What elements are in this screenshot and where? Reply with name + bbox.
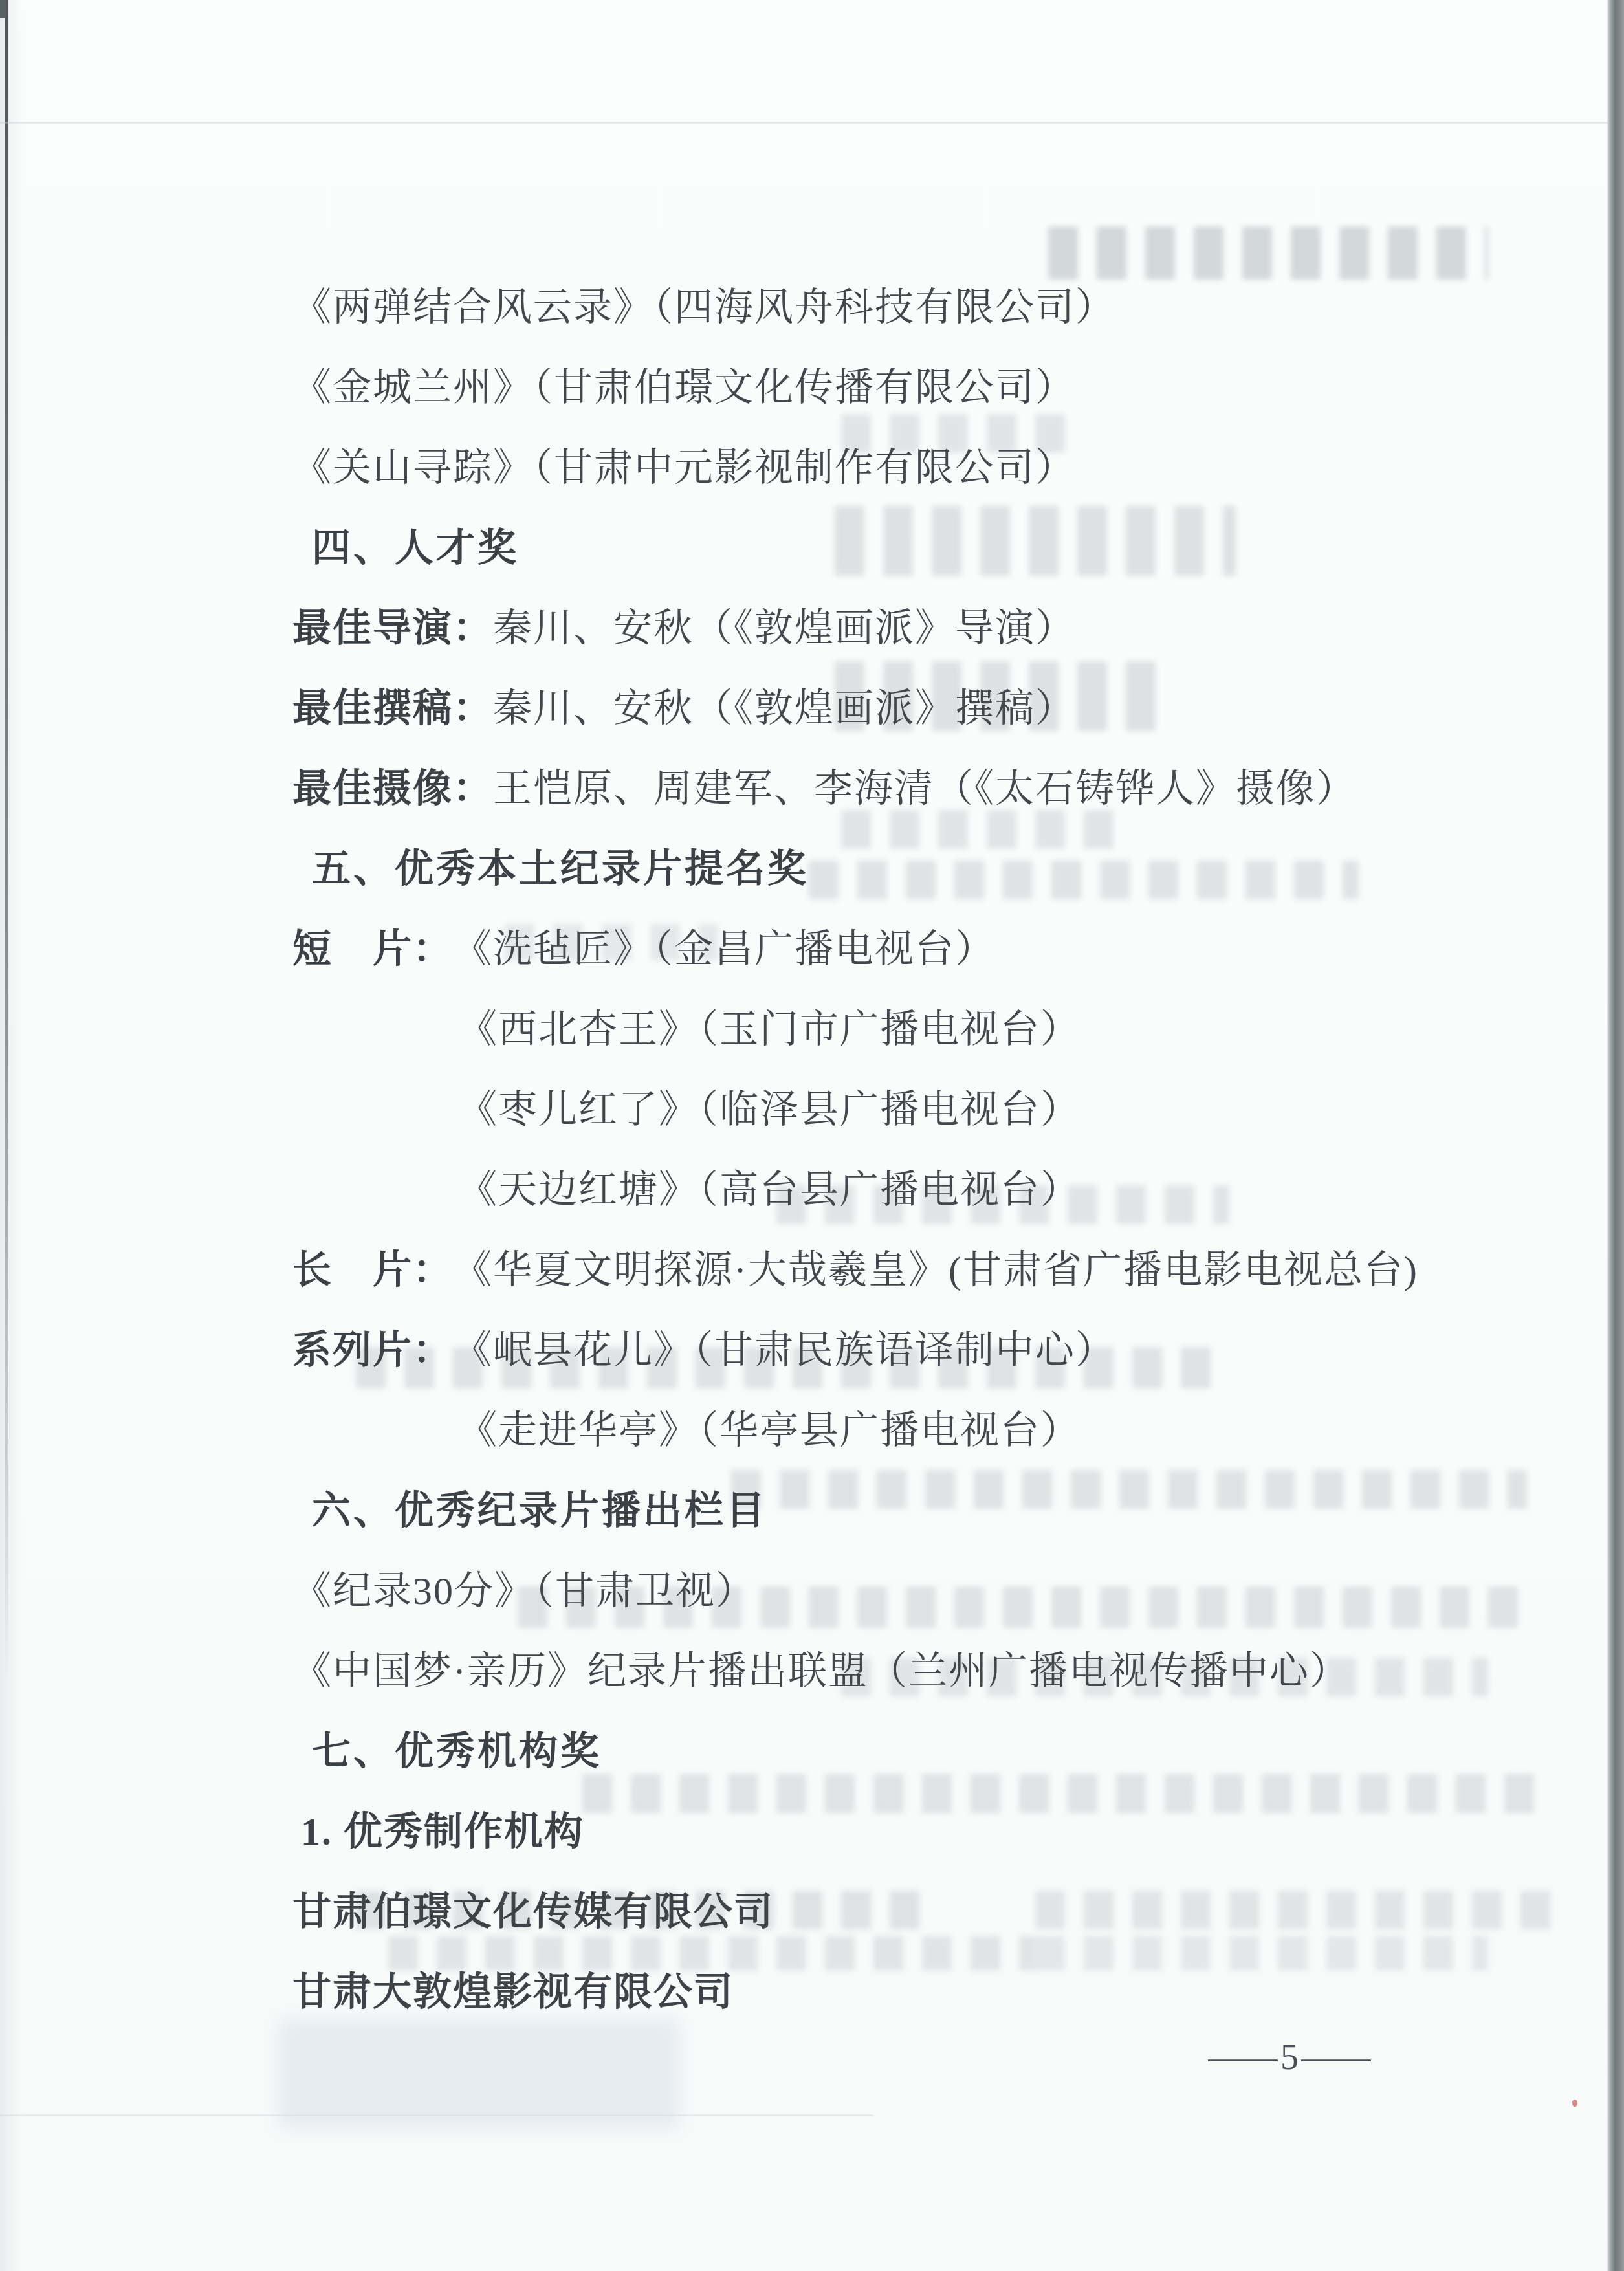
document-line: 短 片：《洗毡匠》（金昌广播电视台）: [0, 906, 1598, 986]
line-text: 《中国梦·亲历》纪录片播出联盟（兰州广播电视传播中心）: [292, 1640, 1350, 1696]
line-text: 《两弹结合风云录》（四海风舟科技有限公司）: [292, 276, 1115, 332]
document-line: 甘肃伯璟文化传媒有限公司: [0, 1869, 1598, 1949]
line-text: 《西北杏王》（玉门市广播电视台）: [458, 998, 1081, 1054]
document-body: 《两弹结合风云录》（四海风舟科技有限公司） 《金城兰州》（甘肃伯璟文化传播有限公…: [0, 264, 1598, 2029]
line-text: 《关山寻踪》（甘肃中元影视制作有限公司）: [292, 437, 1075, 492]
document-line: 《关山寻踪》（甘肃中元影视制作有限公司）: [0, 424, 1598, 505]
line-text: 秦川、安秋（《敦煌画派》撰稿）: [493, 677, 1075, 733]
document-line: 系列片：《岷县花儿》（甘肃民族语译制中心）: [0, 1307, 1598, 1387]
line-label: 最佳撰稿：: [292, 677, 493, 733]
document-line: 《枣儿红了》（临泽县广播电视台）: [0, 1066, 1598, 1146]
line-text: 王恺原、周建军、李海清（《太石铸铧人》摄像）: [493, 758, 1356, 813]
line-text: 《华夏文明探源·大哉羲皇》(甘肃省广播电影电视总台): [453, 1239, 1418, 1295]
page-number-dash: —: [1302, 2037, 1370, 2078]
document-line: 最佳导演：秦川、安秋（《敦煌画派》导演）: [0, 585, 1598, 665]
document-line: 《两弹结合风云录》（四海风舟科技有限公司）: [0, 264, 1598, 344]
line-text: 五、优秀本土纪录片提名奖: [312, 838, 809, 894]
document-line: 最佳摄像：王恺原、周建军、李海清（《太石铸铧人》摄像）: [0, 745, 1598, 826]
line-text: 《洗毡匠》（金昌广播电视台）: [453, 918, 995, 974]
line-text: 甘肃伯璟文化传媒有限公司: [292, 1881, 774, 1936]
document-line: 长 片：《华夏文明探源·大哉羲皇》(甘肃省广播电影电视总台): [0, 1227, 1598, 1307]
line-text: 六、优秀纪录片播出栏目: [312, 1480, 767, 1535]
line-text: 《金城兰州》（甘肃伯璟文化传播有限公司）: [292, 357, 1075, 412]
document-line: 最佳撰稿：秦川、安秋（《敦煌画派》撰稿）: [0, 665, 1598, 745]
document-line: 1. 优秀制作机构: [0, 1788, 1598, 1869]
document-line: 甘肃大敦煌影视有限公司: [0, 1949, 1598, 2029]
document-line: 《纪录30分》（甘肃卫视）: [0, 1548, 1598, 1628]
scanned-document-page: 《两弹结合风云录》（四海风舟科技有限公司） 《金城兰州》（甘肃伯璟文化传播有限公…: [0, 0, 1624, 2271]
page-number-dash: —: [1209, 2037, 1277, 2078]
document-line: 《天边红塘》（高台县广播电视台）: [0, 1146, 1598, 1227]
scan-streak-line: [0, 122, 1608, 124]
line-text: 四、人才奖: [312, 517, 519, 573]
red-ink-speck: [1572, 2100, 1577, 2107]
line-text: 甘肃大敦煌影视有限公司: [292, 1961, 734, 2017]
document-line: 《中国梦·亲历》纪录片播出联盟（兰州广播电视传播中心）: [0, 1628, 1598, 1708]
document-line: 四、人才奖: [0, 505, 1598, 585]
line-label: 系列片：: [292, 1319, 453, 1375]
document-line: 《西北杏王》（玉门市广播电视台）: [0, 986, 1598, 1066]
document-line: 七、优秀机构奖: [0, 1708, 1598, 1788]
line-label: 短 片：: [292, 918, 453, 974]
page-number-value: 5: [1280, 2037, 1299, 2078]
top-left-corner-mark: [0, 0, 6, 18]
line-text: 《纪录30分》（甘肃卫视）: [292, 1560, 756, 1616]
document-line: 《金城兰州》（甘肃伯璟文化传播有限公司）: [0, 344, 1598, 424]
line-text: 1. 优秀制作机构: [301, 1801, 584, 1856]
document-line: 五、优秀本土纪录片提名奖: [0, 826, 1598, 906]
line-text: 《枣儿红了》（临泽县广播电视台）: [458, 1079, 1081, 1134]
document-line: 六、优秀纪录片播出栏目: [0, 1467, 1598, 1548]
line-text: 《走进华亭》（华亭县广播电视台）: [458, 1399, 1081, 1455]
line-text: 《岷县花儿》（甘肃民族语译制中心）: [453, 1319, 1115, 1375]
line-label: 最佳摄像：: [292, 758, 493, 813]
page-number: — 5 —: [1225, 2033, 1354, 2082]
line-text: 《天边红塘》（高台县广播电视台）: [458, 1159, 1081, 1214]
line-label: 长 片：: [292, 1239, 453, 1295]
line-text: 秦川、安秋（《敦煌画派》导演）: [493, 597, 1075, 653]
document-line: 《走进华亭》（华亭县广播电视台）: [0, 1387, 1598, 1467]
paper-tint-patch: [278, 2019, 679, 2129]
line-text: 七、优秀机构奖: [312, 1720, 602, 1776]
right-scan-edge-strip: [1607, 0, 1624, 2271]
line-label: 最佳导演：: [292, 597, 493, 653]
